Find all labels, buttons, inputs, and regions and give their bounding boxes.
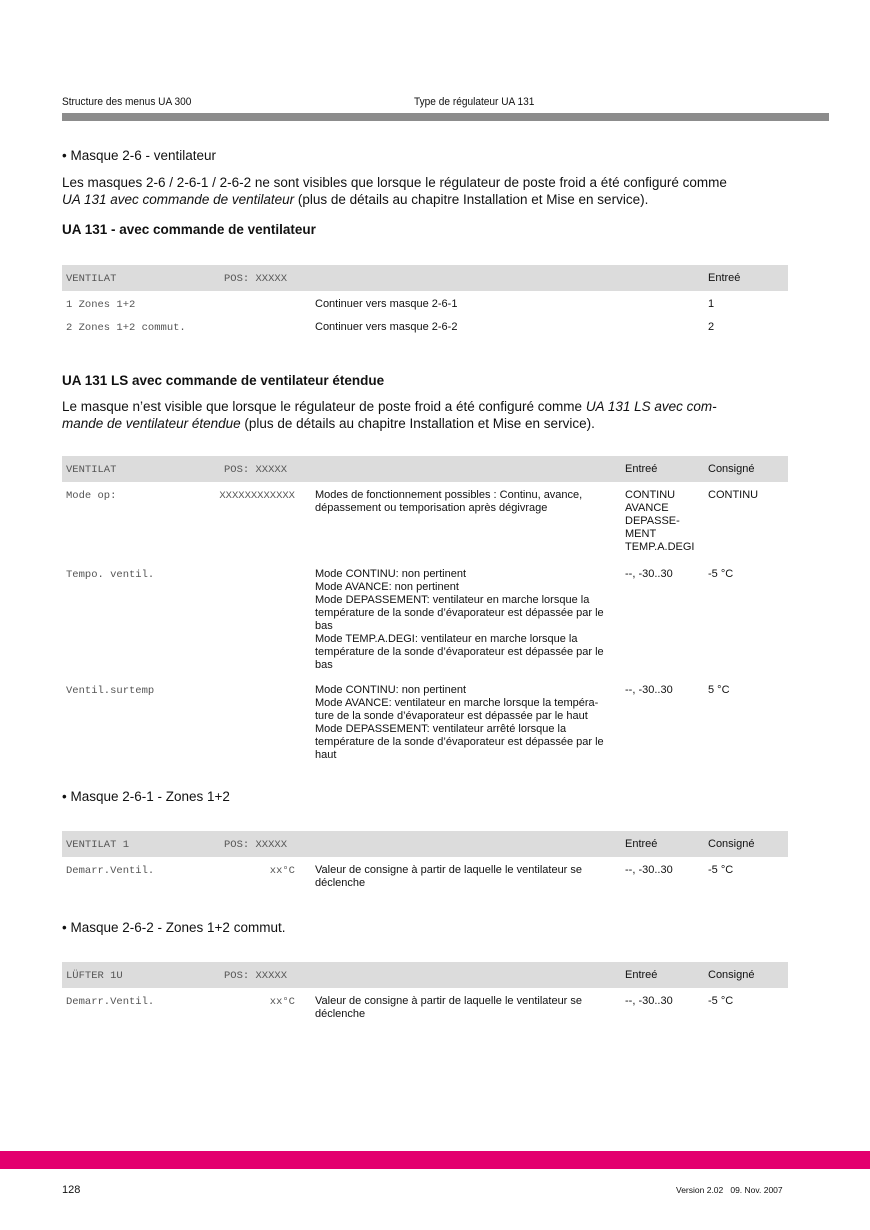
table-header: VENTILAT 1 POS: XXXXX Entreé Consigné bbox=[62, 831, 788, 857]
row-desc: Valeur de consigne à partir de laquelle … bbox=[315, 864, 620, 890]
running-header-center: Type de régulateur UA 131 bbox=[414, 96, 534, 108]
desc-line: ture de la sonde d’évaporateur est dépas… bbox=[315, 710, 620, 723]
section-bullet-masque-2-6-2: • Masque 2-6-2 - Zones 1+2 commut. bbox=[62, 920, 285, 935]
desc-line: Mode CONTINU: non pertinent bbox=[315, 568, 620, 581]
desc-line: haut bbox=[315, 749, 620, 762]
desc-line: Mode AVANCE: non pertinent bbox=[315, 581, 620, 594]
section-bullet-masque-2-6: • Masque 2-6 - ventilateur bbox=[62, 148, 216, 163]
row-entree: 1 bbox=[708, 298, 714, 311]
row-entree: --, -30..30 bbox=[625, 864, 673, 877]
row-desc: Mode CONTINU: non pertinent Mode AVANCE:… bbox=[315, 568, 620, 672]
row-name: 2 Zones 1+2 commut. bbox=[66, 322, 186, 334]
intro-paragraph: Les masques 2-6 / 2-6-1 / 2-6-2 ne sont … bbox=[62, 174, 802, 208]
header-entree: Entreé bbox=[625, 463, 657, 476]
intro-text: Les masques 2-6 / 2-6-1 / 2-6-2 ne sont … bbox=[62, 175, 727, 190]
row-entree: --, -30..30 bbox=[625, 684, 673, 697]
header-consigne: Consigné bbox=[708, 838, 754, 851]
page-number: 128 bbox=[62, 1184, 80, 1196]
header-name: VENTILAT bbox=[66, 464, 116, 476]
version-info: Version 2.02 09. Nov. 2007 bbox=[676, 1185, 783, 1195]
row-consigne: -5 °C bbox=[708, 995, 733, 1008]
header-consigne: Consigné bbox=[708, 969, 754, 982]
header-name: VENTILAT 1 bbox=[66, 839, 129, 851]
desc-line: Modes de fonctionnement possibles : Cont… bbox=[315, 489, 620, 502]
header-consigne: Consigné bbox=[708, 463, 754, 476]
section-bullet-masque-2-6-1: • Masque 2-6-1 - Zones 1+2 bbox=[62, 789, 230, 804]
row-consigne: -5 °C bbox=[708, 864, 733, 877]
header-divider-bar bbox=[62, 113, 829, 121]
table-row: Ventil.surtemp Mode CONTINU: non pertine… bbox=[62, 680, 788, 770]
row-entree-options: CONTINU AVANCE DEPASSE- MENT TEMP.A.DEGI bbox=[625, 489, 694, 554]
row-consigne: CONTINU bbox=[708, 489, 758, 502]
subheading-ua131: UA 131 - avec commande de ventilateur bbox=[62, 222, 316, 237]
table-ventilat: VENTILAT POS: XXXXX Entreé 1 Zones 1+2 C… bbox=[62, 265, 788, 341]
desc-line: bas bbox=[315, 620, 620, 633]
header-pos: POS: XXXXX bbox=[224, 970, 287, 982]
row-consigne: 5 °C bbox=[708, 684, 730, 697]
ls-italic-2: mande de ventilateur étendue bbox=[62, 416, 241, 431]
row-name: Mode op: bbox=[66, 490, 116, 502]
row-entree: --, -30..30 bbox=[625, 568, 673, 581]
row-desc: Valeur de consigne à partir de laquelle … bbox=[315, 995, 620, 1021]
table-header: VENTILAT POS: XXXXX Entreé bbox=[62, 265, 788, 291]
table-row: Mode op: XXXXXXXXXXXX Modes de fonctionn… bbox=[62, 482, 788, 564]
desc-line: Valeur de consigne à partir de laquelle … bbox=[315, 995, 620, 1008]
header-pos: POS: XXXXX bbox=[224, 273, 287, 285]
row-desc: Mode CONTINU: non pertinent Mode AVANCE:… bbox=[315, 684, 620, 762]
desc-line: température de la sonde d’évaporateur es… bbox=[315, 736, 620, 749]
header-pos: POS: XXXXX bbox=[224, 464, 287, 476]
header-name: LÜFTER 1U bbox=[66, 970, 123, 982]
desc-line: Mode TEMP.A.DEGI: ventilateur en marche … bbox=[315, 633, 620, 646]
desc-line: déclenche bbox=[315, 1008, 620, 1021]
header-entree: Entreé bbox=[708, 272, 740, 285]
header-name: VENTILAT bbox=[66, 273, 116, 285]
row-name: Ventil.surtemp bbox=[66, 685, 154, 697]
table-row: 1 Zones 1+2 Continuer vers masque 2-6-1 … bbox=[62, 291, 788, 316]
desc-line: Mode DEPASSEMENT: ventilateur en marche … bbox=[315, 594, 620, 607]
table-row: 2 Zones 1+2 commut. Continuer vers masqu… bbox=[62, 316, 788, 341]
row-name: Demarr.Ventil. bbox=[66, 865, 154, 877]
table-row: Demarr.Ventil. xx°C Valeur de consigne à… bbox=[62, 857, 788, 897]
desc-line: température de la sonde d’évaporateur es… bbox=[315, 646, 620, 659]
header-pos: POS: XXXXX bbox=[224, 839, 287, 851]
desc-line: Mode CONTINU: non pertinent bbox=[315, 684, 620, 697]
desc-line: dépassement ou temporisation après dégiv… bbox=[315, 502, 620, 515]
desc-line: température de la sonde d’évaporateur es… bbox=[315, 607, 620, 620]
desc-line: Mode AVANCE: ventilateur en marche lorsq… bbox=[315, 697, 620, 710]
header-entree: Entreé bbox=[625, 969, 657, 982]
row-desc: Modes de fonctionnement possibles : Cont… bbox=[315, 489, 620, 515]
ls-paragraph: Le masque n’est visible que lorsque le r… bbox=[62, 398, 802, 432]
row-value: xx°C bbox=[212, 865, 295, 877]
desc-line: bas bbox=[315, 659, 620, 672]
row-value: XXXXXXXXXXXX bbox=[212, 490, 295, 502]
row-entree: 2 bbox=[708, 321, 714, 334]
option-temp-a-degi: TEMP.A.DEGI bbox=[625, 541, 694, 554]
option-avance: AVANCE bbox=[625, 502, 694, 515]
running-header-left: Structure des menus UA 300 bbox=[62, 96, 191, 108]
intro-tail: (plus de détails au chapitre Installatio… bbox=[294, 192, 648, 207]
table-lufter-1u: LÜFTER 1U POS: XXXXX Entreé Consigné Dem… bbox=[62, 962, 788, 1028]
header-entree: Entreé bbox=[625, 838, 657, 851]
table-ventilat-1: VENTILAT 1 POS: XXXXX Entreé Consigné De… bbox=[62, 831, 788, 897]
row-name: Demarr.Ventil. bbox=[66, 996, 154, 1008]
desc-line: déclenche bbox=[315, 877, 620, 890]
subheading-ua131ls: UA 131 LS avec commande de ventilateur é… bbox=[62, 373, 384, 388]
ls-tail: (plus de détails au chapitre Installatio… bbox=[241, 416, 595, 431]
row-name: 1 Zones 1+2 bbox=[66, 299, 135, 311]
row-consigne: -5 °C bbox=[708, 568, 733, 581]
option-depassement: DEPASSE- bbox=[625, 515, 694, 528]
table-header: VENTILAT POS: XXXXX Entreé Consigné bbox=[62, 456, 788, 482]
row-value: xx°C bbox=[212, 996, 295, 1008]
ls-text: Le masque n’est visible que lorsque le r… bbox=[62, 399, 586, 414]
intro-italic: UA 131 avec commande de ventilateur bbox=[62, 192, 294, 207]
row-desc: Continuer vers masque 2-6-2 bbox=[315, 321, 620, 334]
desc-line: Mode DEPASSEMENT: ventilateur arrêté lor… bbox=[315, 723, 620, 736]
row-entree: --, -30..30 bbox=[625, 995, 673, 1008]
table-row: Demarr.Ventil. xx°C Valeur de consigne à… bbox=[62, 988, 788, 1028]
ls-italic-1: UA 131 LS avec com- bbox=[586, 399, 717, 414]
row-desc: Continuer vers masque 2-6-1 bbox=[315, 298, 620, 311]
option-continu: CONTINU bbox=[625, 489, 694, 502]
row-name: Tempo. ventil. bbox=[66, 569, 154, 581]
table-header: LÜFTER 1U POS: XXXXX Entreé Consigné bbox=[62, 962, 788, 988]
table-ventilat-ls: VENTILAT POS: XXXXX Entreé Consigné Mode… bbox=[62, 456, 788, 770]
desc-line: Valeur de consigne à partir de laquelle … bbox=[315, 864, 620, 877]
option-depassement-cont: MENT bbox=[625, 528, 694, 541]
table-row: Tempo. ventil. Mode CONTINU: non pertine… bbox=[62, 564, 788, 680]
footer-accent-bar bbox=[0, 1151, 870, 1169]
